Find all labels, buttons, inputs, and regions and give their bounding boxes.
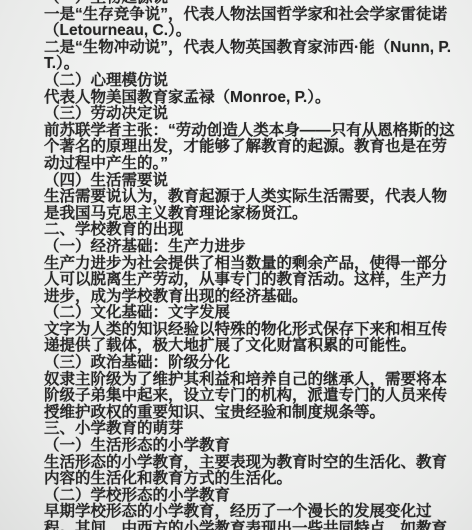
text-line-heading: （三）劳动决定说 xyxy=(44,106,468,123)
text-line-heading: （二）学校形态的小学教育 xyxy=(44,488,468,505)
text-line: 阶级子弟集中起来，设立专门的机构，派遣专门的人员来传 xyxy=(44,388,468,405)
text-line-heading: （三）政治基础：阶级分化 xyxy=(44,355,468,372)
text-line: 人可以脱离生产劳动，从事专门的教育活动。这样，生产力 xyxy=(44,272,468,289)
text-line: 是我国马克思主义教育理论家杨贤江。 xyxy=(44,206,468,223)
document-text: （一）生物起源说 一是“生存竞争说”，代表人物法国哲学家和社会学家雷徒诺 （Le… xyxy=(44,0,468,530)
text-line: 早期学校形态的小学教育，经历了一个漫长的发展变化过 xyxy=(44,504,468,521)
text-line-heading: （四）生活需要说 xyxy=(44,173,468,190)
text-line-heading: 二、学校教育的出现 xyxy=(44,222,468,239)
text-line: 奴隶主阶级为了维护其利益和培养自己的继承人，需要将本 xyxy=(44,372,468,389)
text-line: 一是“生存竞争说”，代表人物法国哲学家和社会学家雷徒诺 xyxy=(44,7,468,24)
text-line-heading: （一）经济基础：生产力进步 xyxy=(44,239,468,256)
text-line-heading: （二）心理模仿说 xyxy=(44,73,468,90)
text-line: 个著名的原理出发，才能够了解教育的起源。教育也是在劳 xyxy=(44,139,468,156)
text-line-clipped-bottom: 程。其间，中西方的小学教育表现出一些共同特点，如教育 xyxy=(44,521,468,530)
text-line: 动过程中产生的。” xyxy=(44,156,468,173)
text-line: 文字为人类的知识经验以特殊的物化形式保存下来和相互传 xyxy=(44,322,468,339)
text-line: 前苏联学者主张：“劳动创造人类本身——只有从恩格斯的这 xyxy=(44,123,468,140)
text-line: 生活形态的小学教育，主要表现为教育时空的生活化、教育 xyxy=(44,455,468,472)
text-line: （Letourneau, C.）。 xyxy=(44,23,468,40)
text-line: 内容的生活化和教育方式的生活化。 xyxy=(44,471,468,488)
text-line: 二是“生物冲动说”，代表人物英国教育家沛西·能（Nunn, P. xyxy=(44,40,468,57)
text-line: 授维护政权的重要知识、宝贵经验和制度规条等。 xyxy=(44,405,468,422)
text-line-heading: （二）文化基础：文字发展 xyxy=(44,305,468,322)
text-line: T.）。 xyxy=(44,56,468,73)
text-line: 递提供了载体，极大地扩展了文化财富积累的可能性。 xyxy=(44,338,468,355)
text-line: 代表人物美国教育家孟禄（Monroe, P.）。 xyxy=(44,90,468,107)
text-line: 生产力进步为社会提供了相当数量的剩余产品，使得一部分 xyxy=(44,256,468,273)
text-line: 生活需要说认为，教育起源于人类实际生活需要，代表人物 xyxy=(44,189,468,206)
text-line-heading: 三、小学教育的萌芽 xyxy=(44,421,468,438)
page-background: （一）生物起源说 一是“生存竞争说”，代表人物法国哲学家和社会学家雷徒诺 （Le… xyxy=(0,0,472,530)
text-line-heading: （一）生活形态的小学教育 xyxy=(44,438,468,455)
text-line: 进步，成为学校教育出现的经济基础。 xyxy=(44,289,468,306)
